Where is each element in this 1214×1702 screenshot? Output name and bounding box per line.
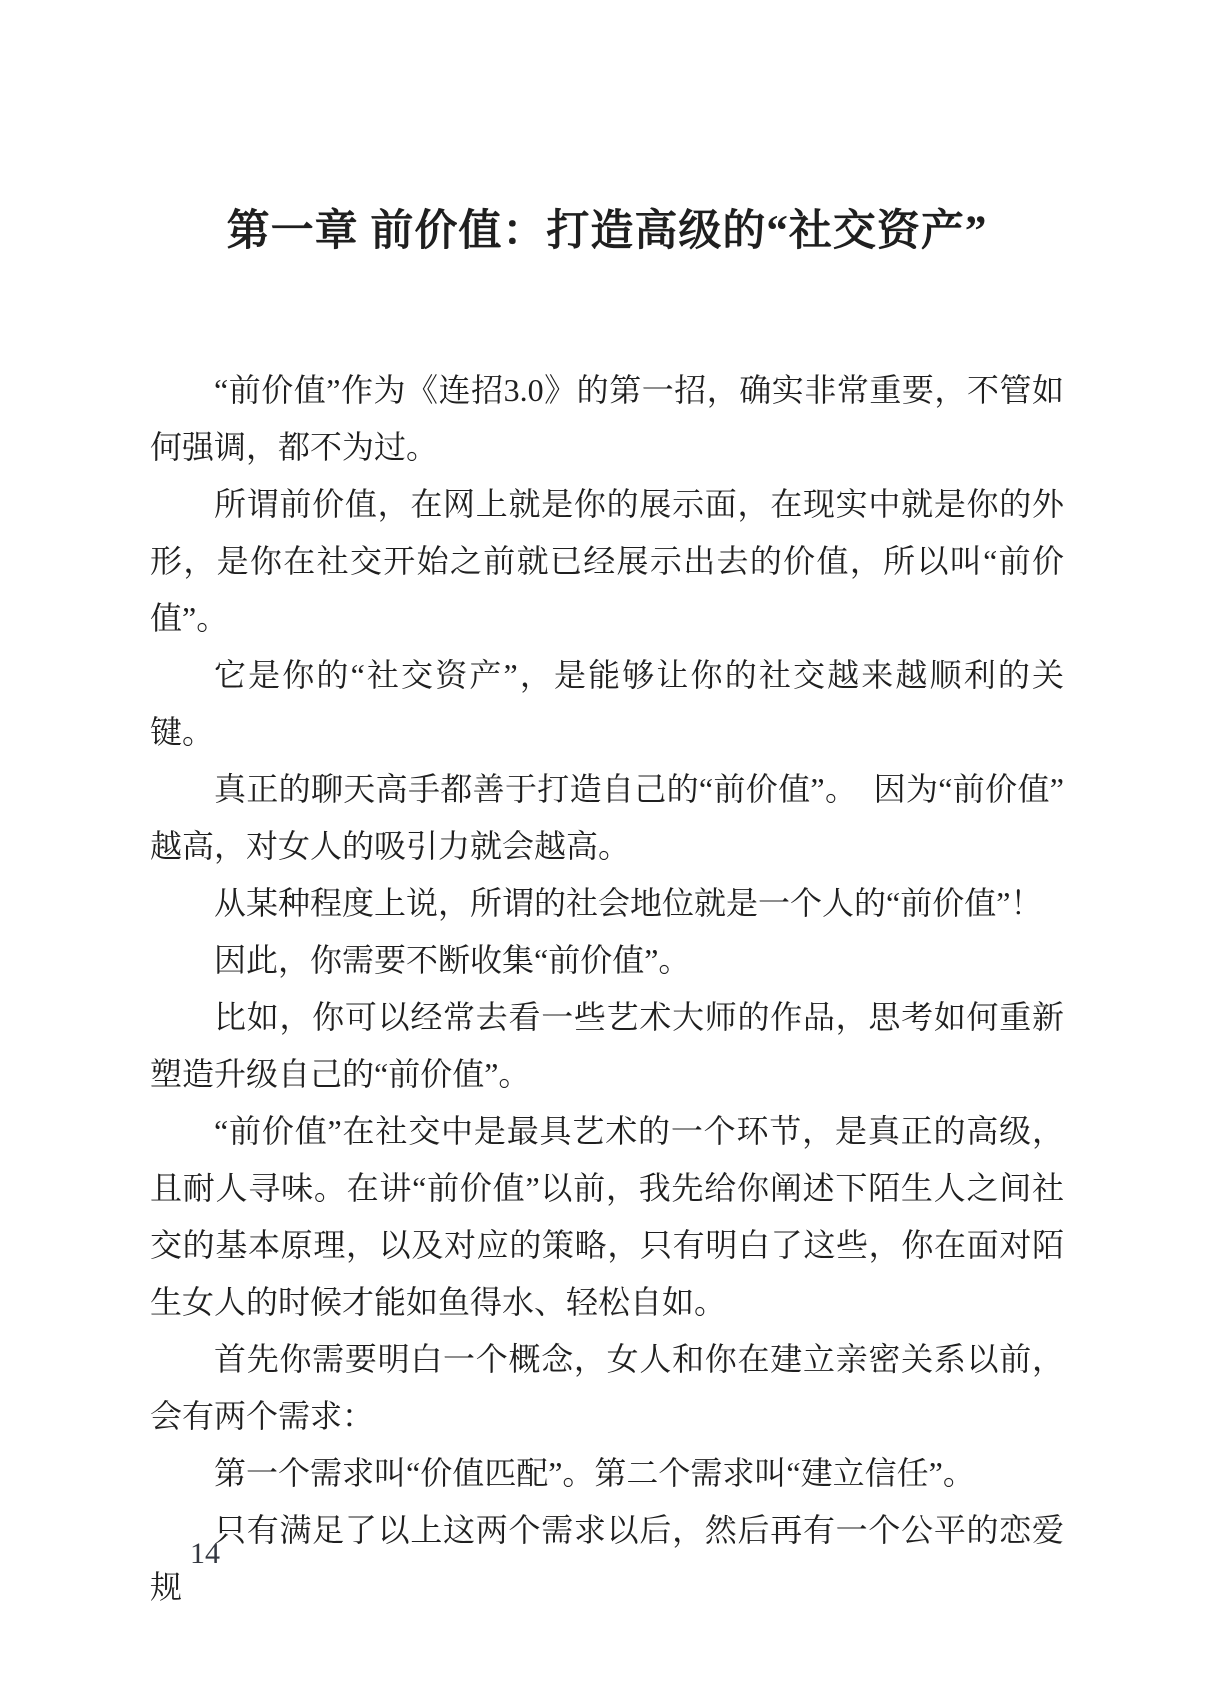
body-text: “前价值”作为《连招3.0》的第一招，确实非常重要，不管如何强调，都不为过。所谓… <box>150 362 1064 1616</box>
paragraph: “前价值”作为《连招3.0》的第一招，确实非常重要，不管如何强调，都不为过。 <box>150 362 1064 476</box>
paragraph: 所谓前价值，在网上就是你的展示面，在现实中就是你的外形，是你在社交开始之前就已经… <box>150 476 1064 647</box>
document-page: 第一章 前价值：打造高级的“社交资产” “前价值”作为《连招3.0》的第一招，确… <box>0 0 1214 1702</box>
chapter-title: 第一章 前价值：打造高级的“社交资产” <box>0 200 1214 264</box>
paragraph: 第一个需求叫“价值匹配”。第二个需求叫“建立信任”。 <box>150 1445 1064 1502</box>
page-number: 14 <box>190 1534 220 1574</box>
paragraph: 从某种程度上说，所谓的社会地位就是一个人的“前价值”！ <box>150 875 1064 932</box>
paragraph: 它是你的“社交资产”，是能够让你的社交越来越顺利的关键。 <box>150 647 1064 761</box>
paragraph: 只有满足了以上这两个需求以后，然后再有一个公平的恋爱规 <box>150 1502 1064 1616</box>
paragraph: 首先你需要明白一个概念，女人和你在建立亲密关系以前，会有两个需求： <box>150 1331 1064 1445</box>
paragraph: “前价值”在社交中是最具艺术的一个环节，是真正的高级，且耐人寻味。在讲“前价值”… <box>150 1103 1064 1331</box>
paragraph: 真正的聊天高手都善于打造自己的“前价值”。 因为“前价值”越高，对女人的吸引力就… <box>150 761 1064 875</box>
paragraph: 因此，你需要不断收集“前价值”。 <box>150 932 1064 989</box>
paragraph: 比如，你可以经常去看一些艺术大师的作品，思考如何重新塑造升级自己的“前价值”。 <box>150 989 1064 1103</box>
